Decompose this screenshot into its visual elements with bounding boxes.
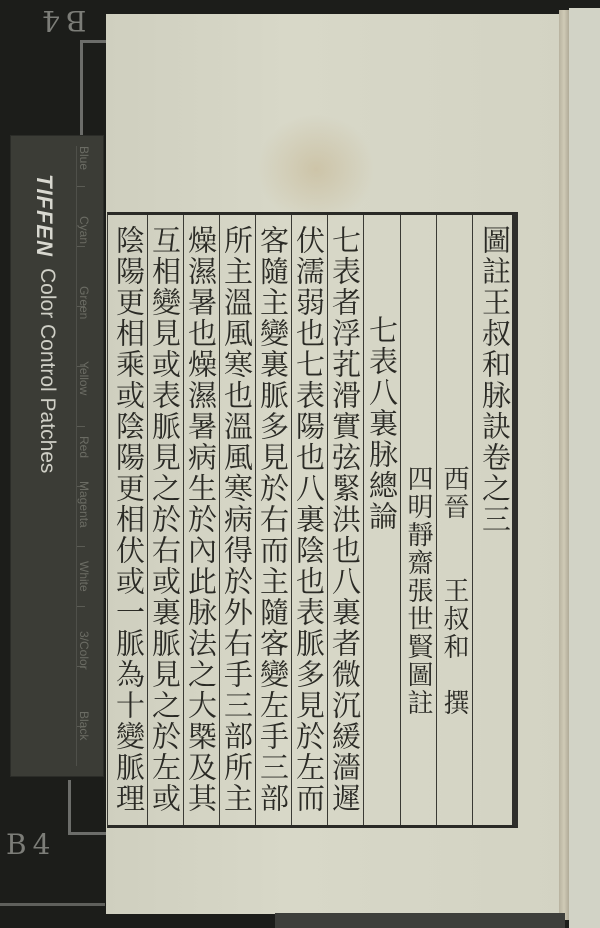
- tiffen-logo: TIFFEN: [31, 174, 57, 257]
- registration-label-bottom: B4: [6, 828, 56, 861]
- text-column: 七表者浮芤滑實弦緊洪也八裏者微沉緩濇遲: [328, 215, 364, 825]
- text-line: 燥濕暑也燥濕暑病生於內此脉法之大槩及其: [184, 225, 219, 814]
- text-line: 客隨主變裏脈多見於右而主隨客變左手三部: [256, 225, 291, 814]
- text-line: 七表者浮芤滑實弦緊洪也八裏者微沉緩濇遲: [328, 225, 363, 814]
- title-column: 圖註王叔和脉訣卷之三: [473, 215, 513, 825]
- text-line: 所主溫風寒也溫風寒病得於外右手三部所主: [220, 225, 255, 814]
- text-line: 互相變見或表脈見之於右或裏脈見之於左或: [148, 225, 183, 814]
- text-column: 燥濕暑也燥濕暑病生於內此脉法之大槩及其: [184, 215, 220, 825]
- patch-label: Magenta: [77, 481, 91, 528]
- patch-label: Black: [77, 711, 91, 740]
- text-column: 互相變見或表脈見之於右或裏脈見之於左或: [148, 215, 184, 825]
- patch-label: Yellow: [77, 361, 91, 395]
- annotator-line: 四明靜齋張世賢圖註: [401, 465, 436, 717]
- tiffen-color-strip: Blue Cyan Green Yellow Red Magenta White…: [10, 135, 104, 777]
- patch-label: Green: [77, 286, 91, 319]
- heading-column: 七表八裏脉總論: [364, 215, 401, 825]
- text-column: 所主溫風寒也溫風寒病得於外右手三部所主: [220, 215, 256, 825]
- background-frame-bottom: [68, 780, 111, 835]
- patch-label: Blue: [77, 146, 91, 170]
- adjacent-page: [569, 8, 600, 928]
- page-shadow: [275, 913, 565, 928]
- patch-label: White: [77, 561, 91, 592]
- volume-title: 圖註王叔和脉訣卷之三: [473, 225, 513, 535]
- author-line: 西晉 王叔和 撰: [437, 465, 472, 717]
- printed-text-frame: 圖註王叔和脉訣卷之三 西晉 王叔和 撰 四明靜齋張世賢圖註 七表八裏脉總論 七表…: [107, 212, 518, 828]
- patch-label: 3/Color: [77, 631, 91, 670]
- section-heading: 七表八裏脉總論: [364, 315, 400, 532]
- page-fold: [559, 10, 569, 920]
- text-column: 客隨主變裏脈多見於右而主隨客變左手三部: [256, 215, 292, 825]
- text-column: 陰陽更相乘或陰陽更相伏或一脈為十變脈理: [112, 215, 148, 825]
- author-column-2: 四明靜齋張世賢圖註: [401, 215, 437, 825]
- strip-title: Color Control Patches: [35, 268, 59, 473]
- author-column-1: 西晉 王叔和 撰: [437, 215, 473, 825]
- water-stain: [256, 114, 376, 224]
- patch-labels: Blue Cyan Green Yellow Red Magenta White…: [71, 136, 91, 776]
- registration-label-top: B4: [36, 4, 86, 37]
- text-line: 陰陽更相乘或陰陽更相伏或一脈為十變脈理: [112, 225, 147, 814]
- text-line: 伏濡弱也七表陽也八裏陰也表脈多見於左而: [292, 225, 327, 814]
- text-column: 伏濡弱也七表陽也八裏陰也表脈多見於左而: [292, 215, 328, 825]
- patch-label: Cyan: [77, 216, 91, 244]
- patch-label: Red: [77, 436, 91, 458]
- background-line: [0, 903, 105, 906]
